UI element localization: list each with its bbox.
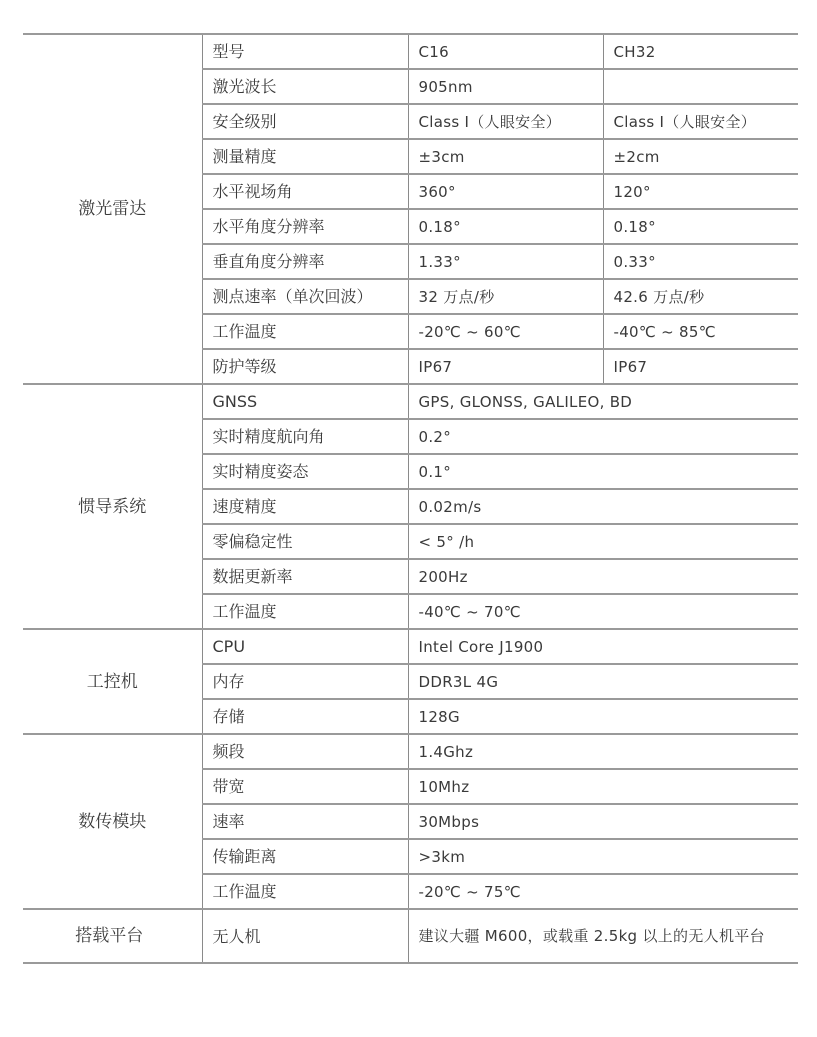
param-label: 型号 (202, 34, 408, 69)
value-ch32: 42.6 万点/秒 (603, 279, 798, 314)
category-ipc: 工控机 (23, 629, 202, 734)
param-label: 测量精度 (202, 139, 408, 174)
value-cell: 0.02m/s (408, 489, 798, 524)
table-row: 数传模块 频段 1.4Ghz (23, 734, 798, 769)
param-label: 安全级别 (202, 104, 408, 139)
table-row: 搭载平台 无人机 建议大疆 M600，或载重 2.5kg 以上的无人机平台 (23, 909, 798, 963)
value-cell: 128G (408, 699, 798, 734)
value-cell: -20℃ ~ 75℃ (408, 874, 798, 909)
param-label: 速率 (202, 804, 408, 839)
value-c16: C16 (408, 34, 603, 69)
param-label: GNSS (202, 384, 408, 419)
param-label: 工作温度 (202, 314, 408, 349)
value-ch32: CH32 (603, 34, 798, 69)
category-lidar: 激光雷达 (23, 34, 202, 384)
table-row: 激光雷达 型号 C16 CH32 (23, 34, 798, 69)
value-c16: 0.18° (408, 209, 603, 244)
param-label: 带宽 (202, 769, 408, 804)
value-cell: 建议大疆 M600，或载重 2.5kg 以上的无人机平台 (408, 909, 798, 963)
value-cell: DDR3L 4G (408, 664, 798, 699)
param-label: 激光波长 (202, 69, 408, 104)
param-label: 实时精度姿态 (202, 454, 408, 489)
value-c16: 32 万点/秒 (408, 279, 603, 314)
value-c16: ±3cm (408, 139, 603, 174)
value-c16: -20℃ ~ 60℃ (408, 314, 603, 349)
param-label: 内存 (202, 664, 408, 699)
spec-table: 激光雷达 型号 C16 CH32 激光波长 905nm 安全级别 Class Ⅰ… (23, 33, 798, 964)
value-c16: IP67 (408, 349, 603, 384)
param-label: 速度精度 (202, 489, 408, 524)
param-label: 水平角度分辨率 (202, 209, 408, 244)
value-cell: -40℃ ~ 70℃ (408, 594, 798, 629)
param-label: 水平视场角 (202, 174, 408, 209)
value-cell: 200Hz (408, 559, 798, 594)
param-label: 防护等级 (202, 349, 408, 384)
value-ch32: 0.18° (603, 209, 798, 244)
value-ch32 (603, 69, 798, 104)
value-c16: 1.33° (408, 244, 603, 279)
value-cell: 10Mhz (408, 769, 798, 804)
param-label: 无人机 (202, 909, 408, 963)
value-ch32: ±2cm (603, 139, 798, 174)
value-cell: 1.4Ghz (408, 734, 798, 769)
value-ch32: -40℃ ~ 85℃ (603, 314, 798, 349)
category-platform: 搭载平台 (23, 909, 202, 963)
category-ins: 惯导系统 (23, 384, 202, 629)
value-cell: Intel Core J1900 (408, 629, 798, 664)
value-ch32: 0.33° (603, 244, 798, 279)
value-ch32: IP67 (603, 349, 798, 384)
value-c16: Class Ⅰ（人眼安全） (408, 104, 603, 139)
value-c16: 360° (408, 174, 603, 209)
param-label: 存储 (202, 699, 408, 734)
param-label: 频段 (202, 734, 408, 769)
param-label: CPU (202, 629, 408, 664)
param-label: 数据更新率 (202, 559, 408, 594)
param-label: 工作温度 (202, 874, 408, 909)
category-datalink: 数传模块 (23, 734, 202, 909)
value-cell: >3km (408, 839, 798, 874)
value-cell: 0.1° (408, 454, 798, 489)
param-label: 测点速率（单次回波） (202, 279, 408, 314)
value-ch32: 120° (603, 174, 798, 209)
param-label: 实时精度航向角 (202, 419, 408, 454)
param-label: 垂直角度分辨率 (202, 244, 408, 279)
value-cell: 0.2° (408, 419, 798, 454)
param-label: 传输距离 (202, 839, 408, 874)
value-c16: 905nm (408, 69, 603, 104)
value-cell: < 5° /h (408, 524, 798, 559)
table-row: 工控机 CPU Intel Core J1900 (23, 629, 798, 664)
value-ch32: Class Ⅰ（人眼安全） (603, 104, 798, 139)
value-cell: 30Mbps (408, 804, 798, 839)
param-label: 零偏稳定性 (202, 524, 408, 559)
param-label: 工作温度 (202, 594, 408, 629)
value-cell: GPS, GLONSS, GALILEO, BD (408, 384, 798, 419)
table-row: 惯导系统 GNSS GPS, GLONSS, GALILEO, BD (23, 384, 798, 419)
